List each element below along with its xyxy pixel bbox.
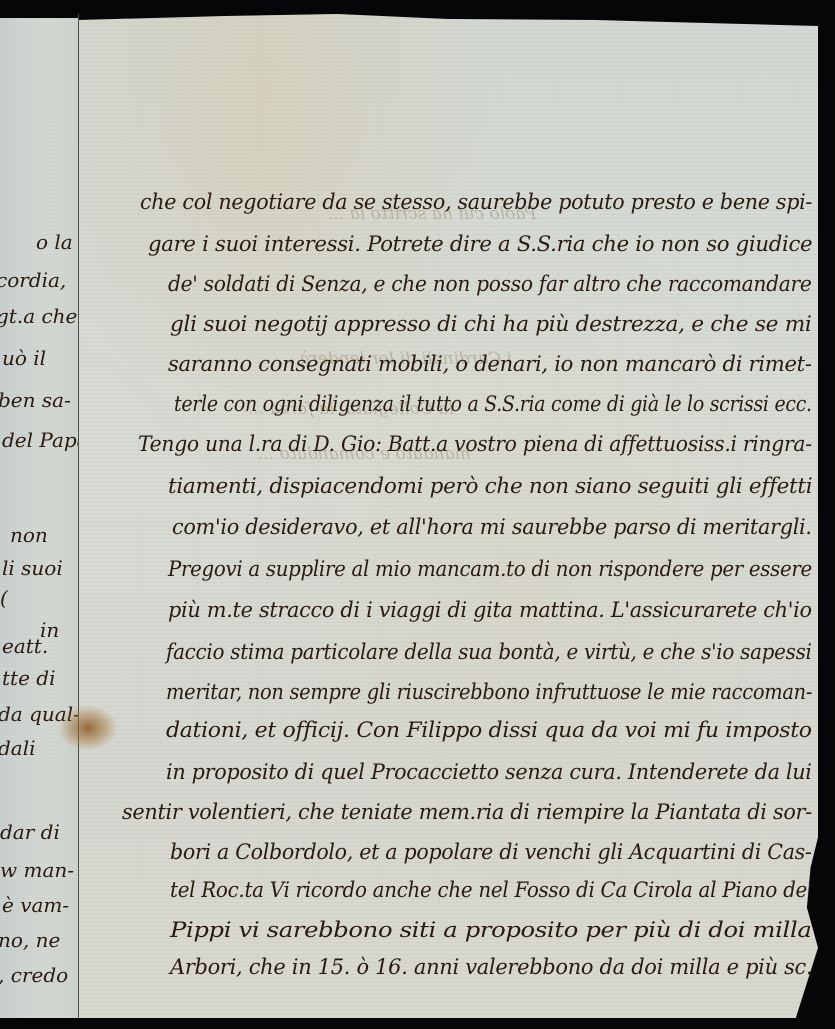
letter-line: meritar, non sempre gli riuscirebbono in… bbox=[166, 680, 812, 704]
letter-line: gli suoi negotij appresso di chi ha più … bbox=[170, 312, 812, 336]
fragment-line: è vam- bbox=[2, 893, 69, 917]
letter-line: tel Roc.ta Vi ricordo anche che nel Foss… bbox=[170, 878, 812, 902]
letter-scan: o la cordia, gt.a che uò il ben sa- del … bbox=[0, 0, 835, 1029]
letter-line: che col negotiare da se stesso, saurebbe… bbox=[140, 190, 812, 214]
letter-line: gare i suoi interessi. Potrete dire a S.… bbox=[148, 232, 812, 256]
fragment-line: non bbox=[10, 523, 48, 547]
letter-line: più m.te stracco di i viaggi di gita mat… bbox=[168, 598, 812, 622]
page-fold bbox=[78, 14, 79, 1018]
letter-line: in proposito di quel Procaccietto senza … bbox=[166, 760, 812, 784]
fragment-line: ( bbox=[0, 586, 8, 610]
letter-line: faccio stima particolare della sua bontà… bbox=[166, 640, 812, 664]
fragment-line: ben sa- bbox=[0, 388, 71, 412]
letter-line: saranno consegnati mobili, o denari, io … bbox=[168, 352, 812, 376]
fragment-line: tte di bbox=[2, 666, 55, 690]
fragment-line: gt.a che bbox=[0, 304, 77, 328]
fragment-line: o la bbox=[36, 230, 73, 254]
letter-line: terle con ogni diligenza il tutto a S.S.… bbox=[174, 392, 812, 416]
letter-line: tiamenti, dispiacendomi però che non sia… bbox=[168, 474, 812, 498]
letter-line: dationi, et officij. Con Filippo dissi q… bbox=[166, 718, 812, 742]
letter-line: sentir volentieri, che teniate mem.ria d… bbox=[122, 800, 812, 824]
fragment-line: eatt. bbox=[2, 634, 48, 658]
fragment-line: li suoi bbox=[2, 556, 63, 580]
letter-line: Pregovi a supplire al mio mancam.to di n… bbox=[168, 557, 812, 581]
fragment-line: uò il bbox=[2, 346, 46, 370]
fragment-line: no, ne bbox=[0, 928, 60, 952]
letter-line: Pippi vi sarebbono siti a proposito per … bbox=[170, 918, 811, 942]
fragment-line: w man- bbox=[0, 858, 74, 882]
fragment-line: dali bbox=[0, 736, 36, 760]
letter-line: bori a Colbordolo, et a popolare di venc… bbox=[170, 840, 812, 864]
letter-line: com'io desideravo, et all'hora mi saureb… bbox=[172, 515, 812, 539]
ink-stain bbox=[58, 705, 118, 751]
fragment-line: cordia, bbox=[0, 268, 66, 292]
fragment-line: , credo bbox=[0, 963, 68, 987]
letter-line: Tengo una l.ra di D. Gio: Batt.a vostro … bbox=[138, 432, 812, 456]
previous-page-fragment: o la cordia, gt.a che uò il ben sa- del … bbox=[0, 18, 79, 1018]
fragment-line: dar di bbox=[0, 820, 60, 844]
letter-line: de' soldati di Senza, e che non posso fa… bbox=[168, 272, 812, 296]
letter-line: Arbori, che in 15. ò 16. anni valerebbon… bbox=[170, 955, 812, 979]
fragment-line: del Papa bbox=[2, 428, 89, 452]
